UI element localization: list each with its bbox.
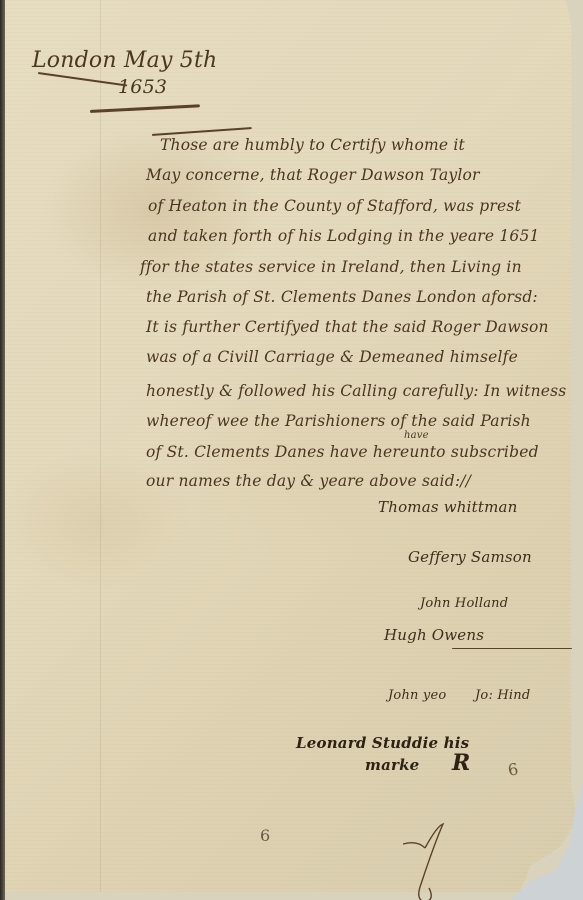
signature-thomas-whittman: Thomas whittman — [378, 498, 518, 516]
signature-leonard-studdie: Leonard Studdie his — [296, 734, 469, 752]
margin-mark-bottom: 6 — [260, 826, 270, 845]
binding-edge — [0, 0, 5, 900]
signature-hugh-owens: Hugh Owens — [384, 626, 484, 644]
body-line-12: our names the day & yeare above said:// — [146, 474, 471, 490]
body-line-11: of St. Clements Danes have hereunto subs… — [146, 445, 539, 461]
fold-line — [100, 0, 101, 892]
body-line-10: whereof wee the Parishioners of the said… — [146, 414, 531, 430]
heading-year: 1653 — [118, 76, 167, 98]
body-line-7: It is further Certifyed that the said Ro… — [146, 320, 549, 336]
body-line-4: and taken forth of his Lodging in the ye… — [148, 229, 540, 245]
signature-mark-label: marke — [365, 756, 419, 774]
body-line-1: Those are humbly to Certify whome it — [160, 138, 465, 154]
signature-geffery-samson: Geffery Samson — [408, 548, 532, 566]
body-line-2: May concerne, that Roger Dawson Taylor — [146, 168, 480, 184]
owens-underline — [452, 648, 572, 649]
paraph-flourish-icon — [395, 822, 455, 900]
document-page: London May 5th 1653 Those are humbly to … — [0, 0, 583, 900]
body-line-5: ffor the states service in Ireland, then… — [140, 260, 522, 276]
signature-john-holland: John Holland — [420, 596, 508, 611]
body-line-8: was of a Civill Carriage & Demeaned hims… — [146, 350, 518, 366]
interlinear-insertion: have — [404, 430, 429, 441]
body-line-3: of Heaton in the County of Stafford, was… — [148, 199, 521, 215]
body-line-6: the Parish of St. Clements Danes London … — [146, 290, 538, 306]
body-line-9: honestly & followed his Calling carefull… — [146, 384, 566, 400]
heading-place-date: London May 5th — [32, 48, 217, 73]
signature-jo-hind: Jo: Hind — [475, 688, 530, 703]
signature-john-yeo: John yeo — [388, 688, 446, 703]
signature-mark-glyph: R — [452, 750, 470, 776]
